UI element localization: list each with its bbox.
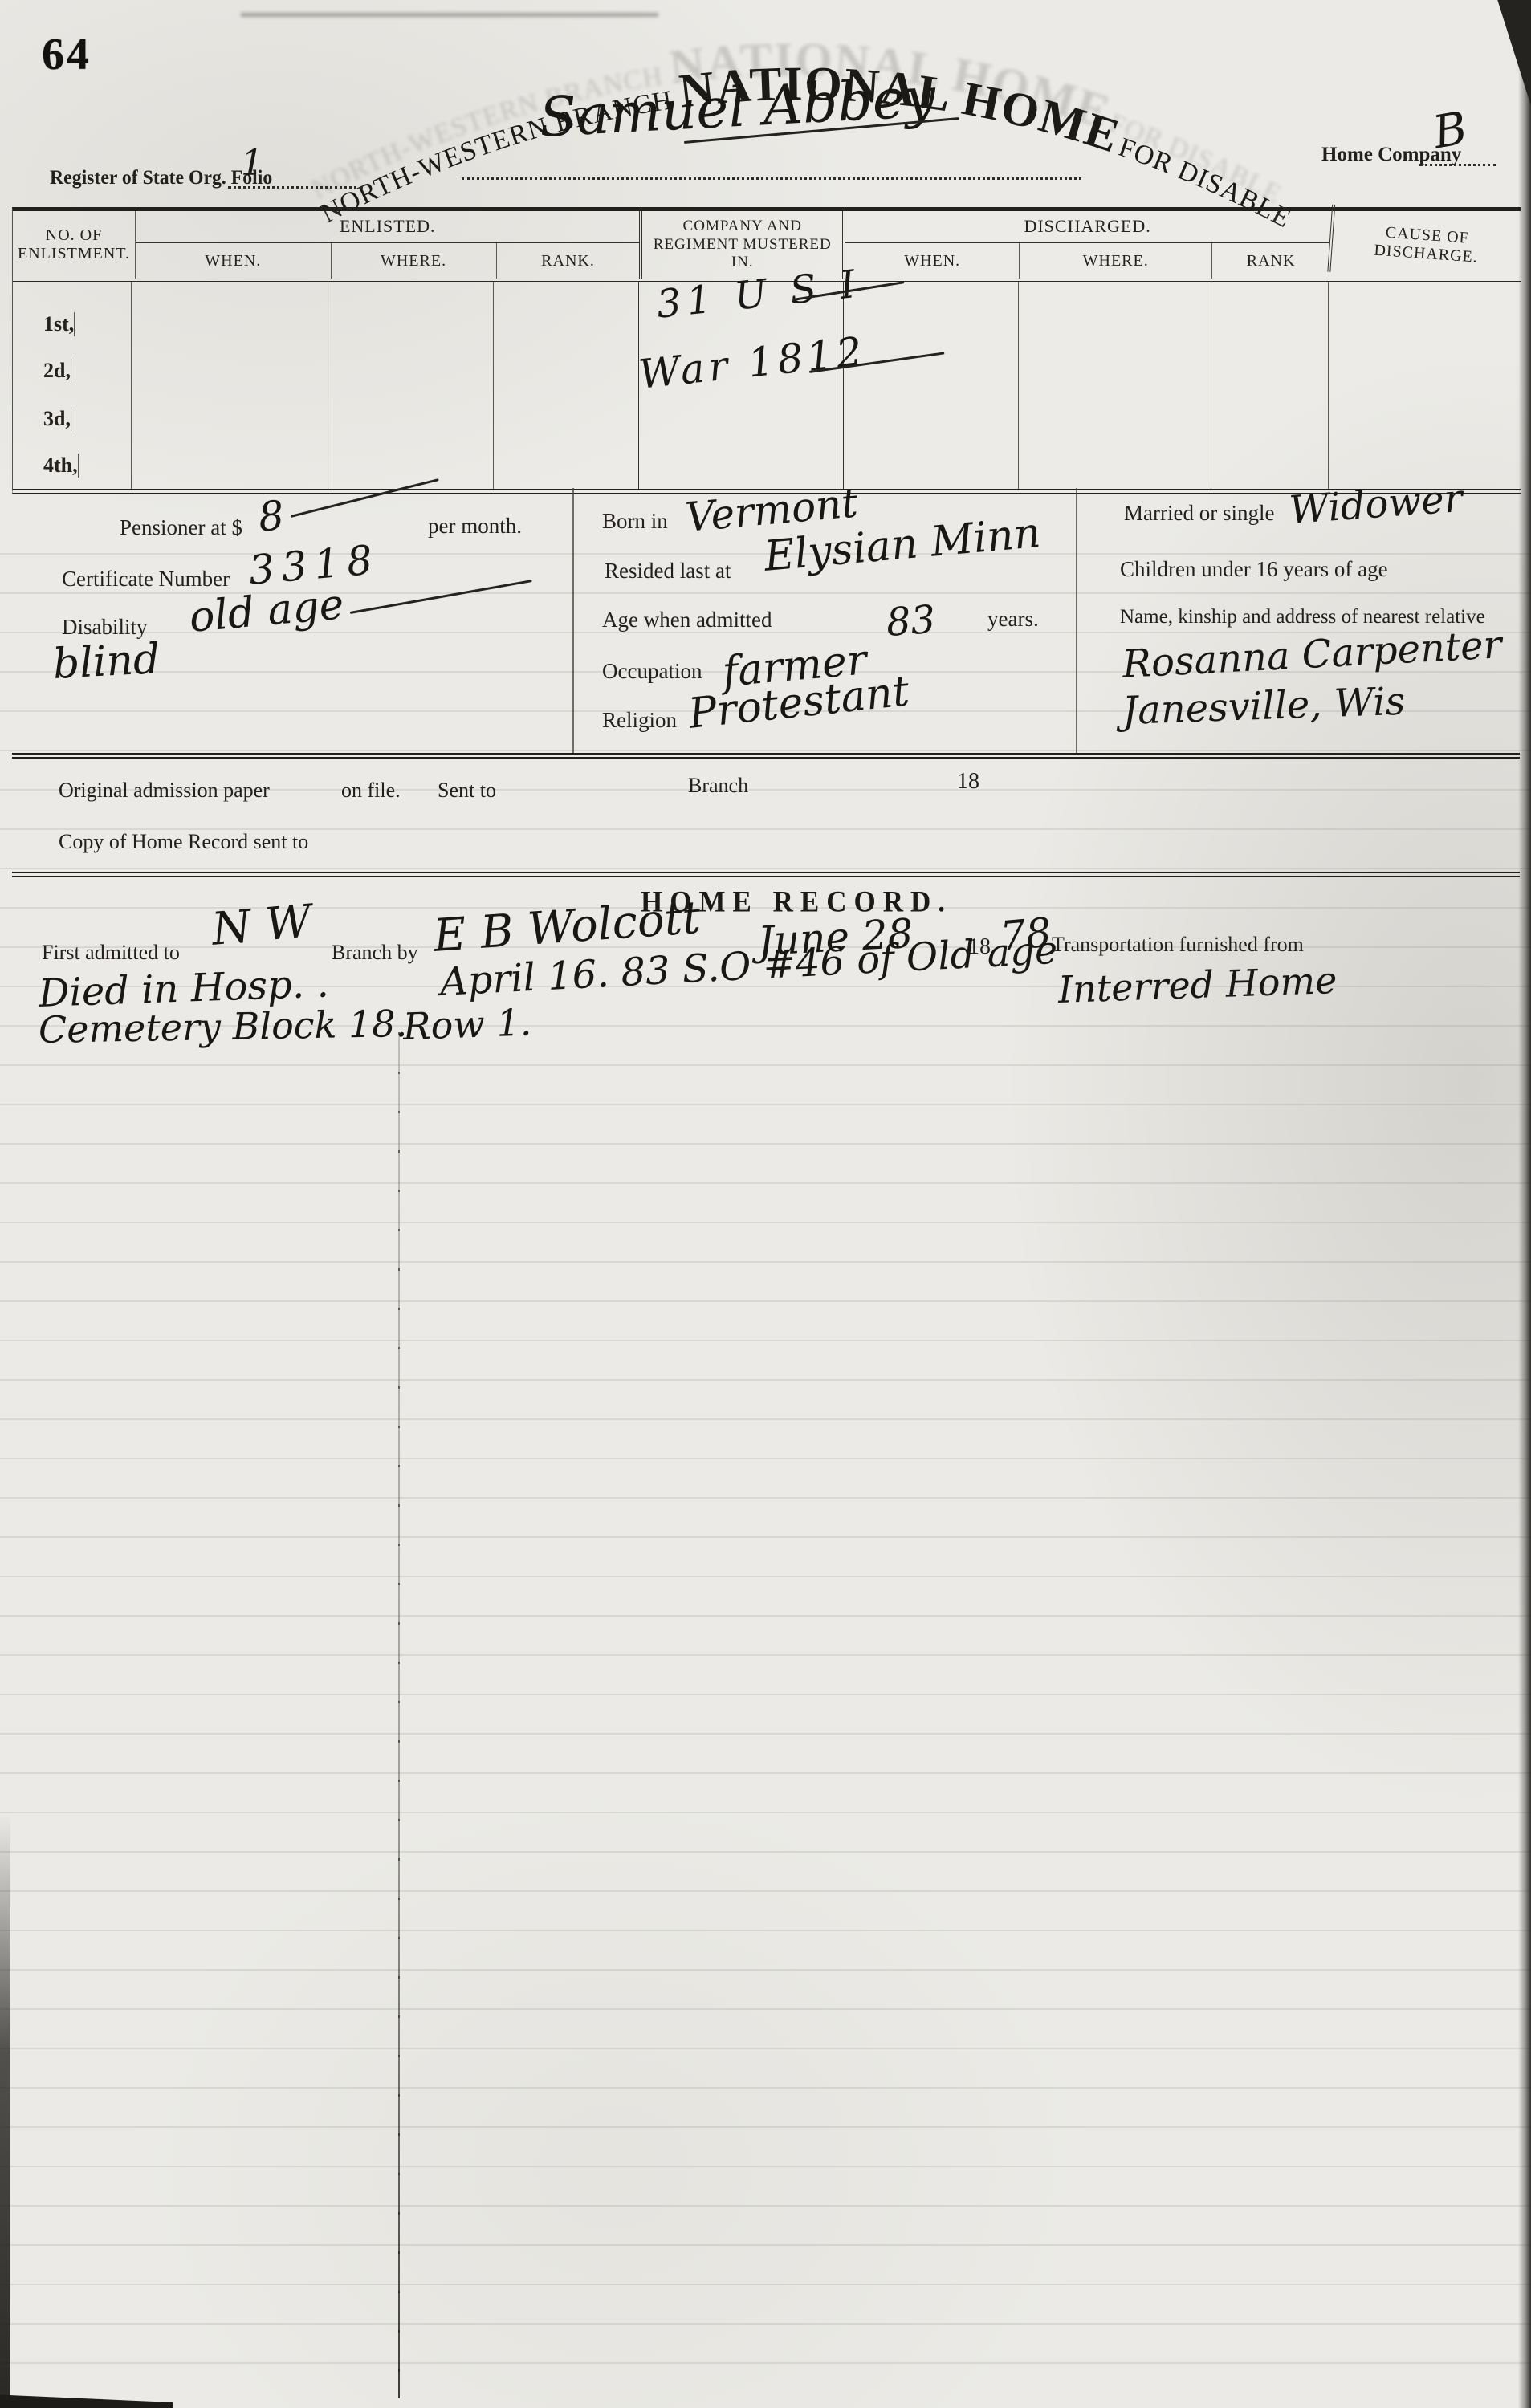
copy-home-record-label: Copy of Home Record sent to [59,830,308,854]
first-admitted-label: First admitted to [42,941,180,965]
row-label-3d: 3d, [43,407,71,431]
relative-label: Name, kinship and address of nearest rel… [1120,606,1485,628]
colgroup-discharged: DISCHARGED. [845,211,1329,243]
original-admission-label: Original admission paper [59,779,270,803]
col-enlisted-rank: RANK. [497,243,640,279]
details-bottom-rule [12,753,1520,759]
religion-label: Religion [602,708,677,733]
row-label-2d: 2d, [43,359,71,383]
home-company-dotted-line [1419,164,1496,166]
age-label: Age when admitted [602,608,772,633]
disability-value2-handwritten: blind [51,635,161,689]
details-divider-right [1076,488,1077,753]
row-label-1st: 1st, [43,312,75,336]
col-enlisted-where: WHERE. [332,243,497,279]
branch-label: Branch [688,774,748,798]
row-label-4th: 4th, [43,454,79,478]
cell-cause-of-discharge [1329,282,1521,489]
top-smudge [241,13,658,17]
page-right-edge-shadow [1518,0,1531,2408]
sent-to-label: Sent to [438,779,496,803]
cemetery-row-handwritten: Row 1. [402,1000,532,1048]
page-corner-bottom-left [0,2390,173,2408]
col-enlisted-when: WHEN. [136,243,331,279]
cell-enlisted-rank [494,282,637,489]
pensioner-label: Pensioner at $ [120,515,242,540]
years-label: years. [987,607,1039,632]
children-label: Children under 16 years of age [1120,557,1388,582]
cell-discharged-rank [1211,282,1329,489]
transportation-label: Transportation furnished from [1052,933,1304,957]
per-month-label: per month. [428,514,522,539]
age-value-handwritten: 83 [885,597,937,645]
religion-value-handwritten: Protestant [686,667,912,738]
occupation-label: Occupation [602,659,702,684]
branch-number: 18 [957,769,979,795]
on-file-label: on file. [341,779,401,803]
cell-enlistment-numbers: 1st, 2d, 3d, 4th, [13,282,132,489]
disability-flourish [350,580,532,614]
cell-discharged-when [844,282,1019,489]
resided-label: Resided last at [605,559,731,584]
relative-address-handwritten: Janesville, Wis [1122,679,1406,734]
page-number: 64 [42,29,92,80]
col-discharged-when: WHEN. [845,243,1020,279]
col-no-of-enlistment: NO. OF ENLISTMENT. [13,211,136,279]
relative-name-handwritten: Rosanna Carpenter [1122,622,1503,687]
register-page: 64 NORTH-WESTERN BRANCH NATIONAL HOME FO… [0,0,1531,2408]
col-discharged-where: WHERE. [1020,243,1212,279]
cell-discharged-where [1019,282,1211,489]
pensioner-value-handwritten: 8 [256,492,287,541]
branch-by-label: Branch by [332,941,418,965]
page-left-edge-shadow [0,1814,10,2408]
certificate-label: Certificate Number [62,567,230,592]
center-crease-line [398,1032,400,2398]
born-label: Born in [602,509,668,534]
cell-enlisted-where [328,282,495,489]
interred-note-handwritten: Interred Home [1057,958,1338,1011]
colgroup-enlisted: ENLISTED. [136,211,639,243]
col-cause-of-discharge: CAUSE OF DISCHARGE. [1328,205,1523,285]
cell-enlisted-when [132,282,328,489]
admission-bottom-rule [12,872,1520,877]
register-folio-value-handwritten: 1 [241,143,263,184]
col-discharged-rank: RANK [1212,243,1329,279]
register-folio-dotted-line [228,186,363,189]
cemetery-note-handwritten: Cemetery Block 18. [39,1002,408,1051]
name-dotted-line [462,177,1081,180]
married-label: Married or single [1124,501,1274,526]
details-divider-left [572,488,574,753]
branch-initials-handwritten: N W [210,895,314,956]
